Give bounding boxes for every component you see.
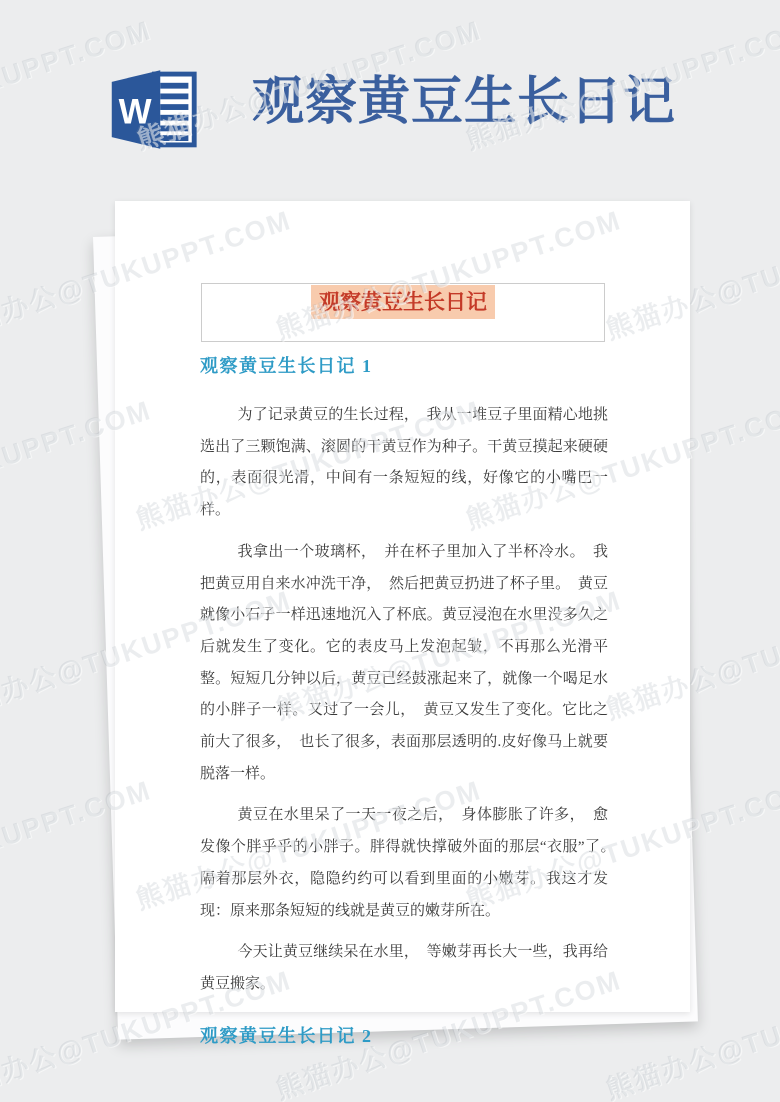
paragraph-1: 为了记录黄豆的生长过程， 我从一堆豆子里面精心地挑选出了三颗饱满、滚圆的干黄豆作… xyxy=(200,400,608,527)
paragraph-2: 我拿出一个玻璃杯， 并在杯子里加入了半杯冷水。 我把黄豆用自来水冲洗干净， 然后… xyxy=(200,537,608,791)
document-title: 观察黄豆生长日记 xyxy=(311,285,495,319)
header: W 观察黄豆生长日记 xyxy=(0,0,780,200)
page-title: 观察黄豆生长日记 xyxy=(252,74,676,132)
document-page: 观察黄豆生长日记 观察黄豆生长日记 1 为了记录黄豆的生长过程， 我从一堆豆子里… xyxy=(115,201,690,1012)
section-heading-2: 观察黄豆生长日记 2 xyxy=(200,1023,608,1049)
paragraph-3: 黄豆在水里呆了一天一夜之后， 身体膨胀了许多， 愈发像个胖乎乎的小胖子。胖得就快… xyxy=(200,800,608,927)
word-icon-letter: W xyxy=(119,93,152,132)
paragraph-4: 今天让黄豆继续呆在水里， 等嫩芽再长大一些，我再给黄豆搬家。 xyxy=(200,937,608,1000)
section-heading-1: 观察黄豆生长日记 1 xyxy=(200,353,608,379)
preview-stage: W 观察黄豆生长日记 观察黄豆生长日记 观察黄豆生长日记 1 为了记录黄豆的生长… xyxy=(0,0,780,1102)
word-file-icon: W xyxy=(104,66,201,152)
document-title-box: 观察黄豆生长日记 xyxy=(201,283,605,342)
